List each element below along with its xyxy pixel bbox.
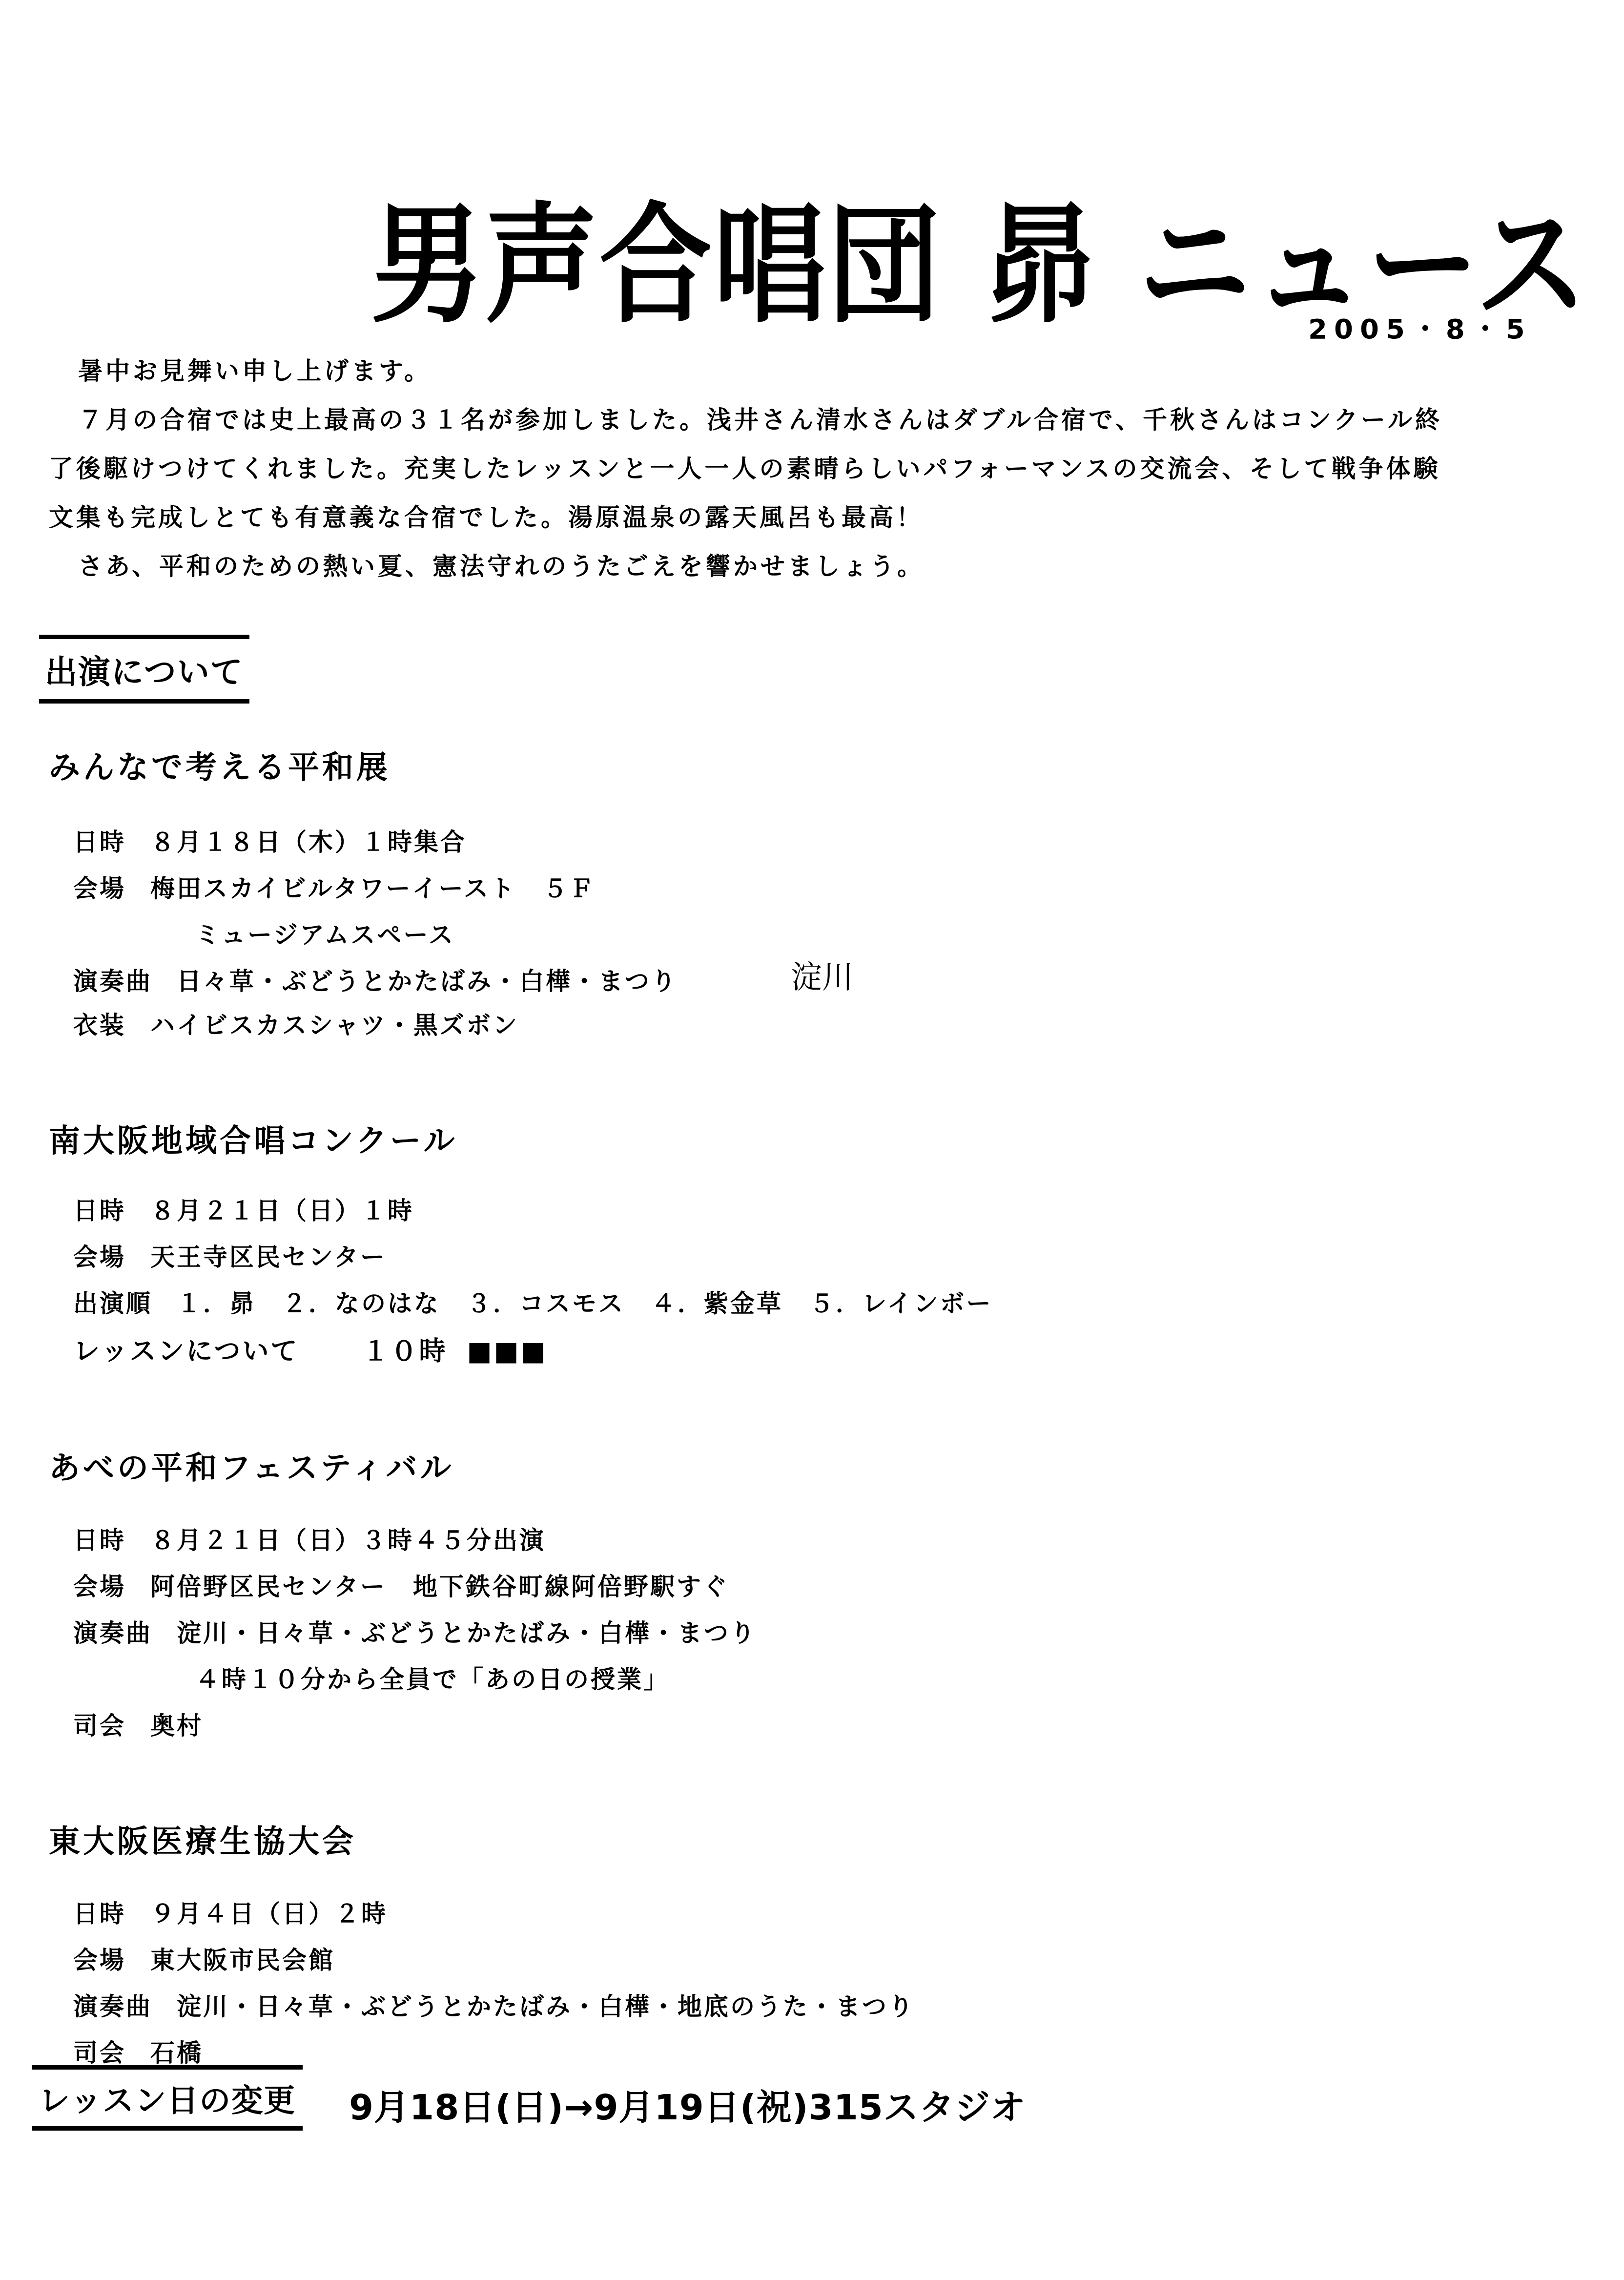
row-value: ８月２１日（日）３時４５分出演	[150, 1526, 546, 1555]
row-value: ８月２１日（日）１時	[150, 1197, 414, 1225]
row-value: ミュージアムスペース	[195, 921, 455, 949]
lesson-label: レッスンについて	[73, 1330, 299, 1368]
row-value: ４時１０分から全員で「あの日の授業」	[195, 1665, 670, 1694]
event-title: 東大阪医療生協大会	[49, 1816, 356, 1861]
row-label: 演奏曲	[73, 962, 152, 997]
row-label: 日時	[73, 823, 126, 858]
event-row-datetime: 日時８月２１日（日）１時	[73, 1191, 414, 1226]
event-row-songs-cont: ４時１０分から全員で「あの日の授業」	[195, 1660, 670, 1695]
event-row-songs: 演奏曲日々草・ぶどうとかたばみ・白樺・まつり	[73, 962, 678, 997]
row-value: 淀川・日々草・ぶどうとかたばみ・白樺・まつり	[177, 1619, 757, 1647]
event-row-datetime: 日時８月２１日（日）３時４５分出演	[73, 1521, 546, 1556]
section-heading-performances: 出演について	[39, 635, 249, 704]
event-row-datetime: 日時８月１８日（木）１時集合	[73, 823, 467, 858]
event-row-venue-cont: ミュージアムスペース	[195, 915, 455, 951]
event-row-venue: 会場梅田スカイビルタワーイースト ５Ｆ	[73, 869, 596, 904]
row-value: ハイビスカスシャツ・黒ズボン	[150, 1011, 519, 1039]
event-row-mc: 司会石橋	[73, 2033, 203, 2069]
lesson-place: ■■■	[467, 1336, 547, 1367]
row-value: 東大阪市民会館	[150, 1946, 335, 1974]
event-row-venue: 会場天王寺区民センター	[73, 1238, 387, 1273]
event-row-order: 出演順１．昴 ２．なのはな ３．コスモス ４．紫金草 ５．レインボー	[73, 1284, 993, 1319]
event-title: あべの平和フェスティバル	[49, 1443, 454, 1488]
row-value: 阿倍野区民センター 地下鉄谷町線阿倍野駅すぐ	[150, 1573, 729, 1601]
event-row-venue: 会場東大阪市民会館	[73, 1941, 335, 1976]
event-row-costume: 衣装ハイビスカスシャツ・黒ズボン	[73, 1006, 519, 1041]
event-title: 南大阪地域合唱コンクール	[49, 1116, 457, 1161]
intro-line-2: 了後駆けつけてくれました。充実したレッスンと一人一人の素晴らしいパフォーマンスの…	[49, 449, 1441, 484]
row-value: 梅田スカイビルタワーイースト ５Ｆ	[150, 874, 596, 903]
lesson-time: １０時	[362, 1336, 447, 1367]
handwritten-note: 淀川	[791, 952, 853, 997]
row-value: 日々草・ぶどうとかたばみ・白樺・まつり	[177, 967, 678, 995]
event-row-songs: 演奏曲淀川・日々草・ぶどうとかたばみ・白樺・まつり	[73, 1614, 757, 1649]
lesson-note: レッスンについて１０時■■■	[73, 1330, 547, 1368]
row-label: 会場	[73, 869, 126, 904]
row-value: １．昴 ２．なのはな ３．コスモス ４．紫金草 ５．レインボー	[177, 1289, 993, 1318]
intro-line-1: ７月の合宿では史上最高の３１名が参加しました。浅井さん清水さんはダブル合宿で、千…	[78, 400, 1442, 435]
event-row-songs: 演奏曲淀川・日々草・ぶどうとかたばみ・白樺・地底のうた・まつり	[73, 1987, 915, 2022]
row-label: 会場	[73, 1238, 126, 1273]
row-label: 司会	[73, 1706, 126, 1741]
event-row-datetime: 日時９月４日（日）２時	[73, 1894, 388, 1929]
row-value: 淀川・日々草・ぶどうとかたばみ・白樺・地底のうた・まつり	[177, 1992, 915, 2021]
row-label: 出演順	[73, 1284, 152, 1319]
lesson-change-heading: レッスン日の変更	[32, 2065, 303, 2131]
row-label: 日時	[73, 1191, 126, 1226]
row-value: ８月１８日（木）１時集合	[150, 828, 467, 856]
row-value: ９月４日（日）２時	[150, 1900, 388, 1928]
intro-line-3: 文集も完成しとても有意義な合宿でした。湯原温泉の露天風呂も最高！	[49, 498, 924, 533]
lesson-change-info: 9月18日(日)→9月19日(祝)315スタジオ	[349, 2079, 1026, 2130]
row-label: 日時	[73, 1521, 126, 1556]
row-label: 演奏曲	[73, 1987, 152, 2022]
event-row-mc: 司会奥村	[73, 1706, 203, 1741]
issue-date: 2005・8・5	[1308, 308, 1532, 347]
row-label: 会場	[73, 1567, 126, 1602]
row-label: 演奏曲	[73, 1614, 152, 1649]
row-label: 会場	[73, 1941, 126, 1976]
row-value: 天王寺区民センター	[150, 1243, 387, 1271]
greeting: 暑中お見舞い申し上げます。	[78, 352, 432, 387]
row-label: 司会	[73, 2033, 126, 2069]
row-value: 奥村	[150, 1712, 203, 1740]
row-label: 衣装	[73, 1006, 126, 1041]
row-value: 石橋	[150, 2039, 203, 2067]
event-row-venue: 会場阿倍野区民センター 地下鉄谷町線阿倍野駅すぐ	[73, 1567, 729, 1602]
intro-closing: さあ、平和のための熱い夏、憲法守れのうたごえを響かせましょう。	[78, 547, 925, 582]
event-title: みんなで考える平和展	[49, 742, 391, 787]
row-label: 日時	[73, 1894, 126, 1929]
